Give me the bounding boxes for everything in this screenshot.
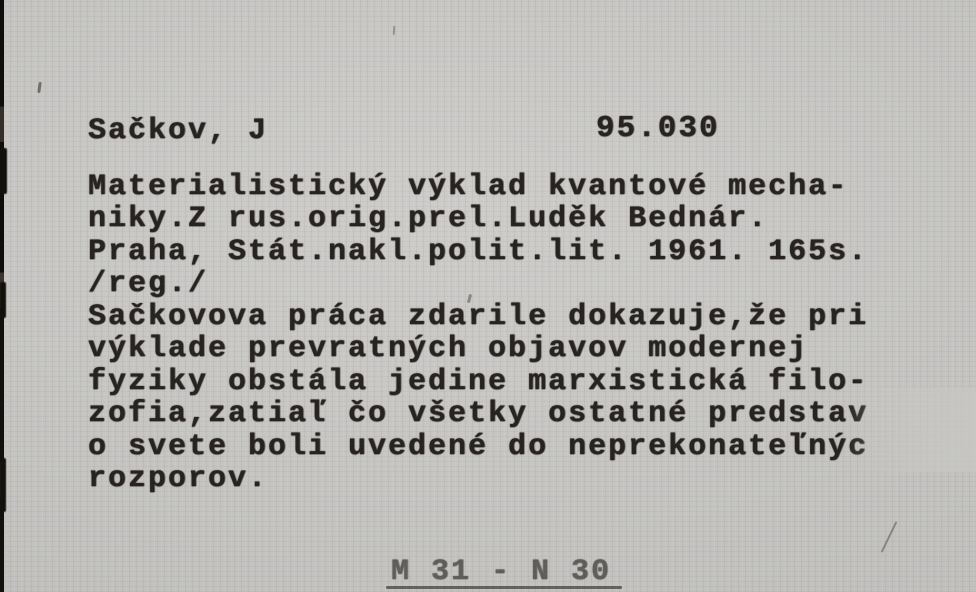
call-number: 95.030 [596,111,720,146]
body-line: výklade prevratných objavov modernej [88,333,968,365]
body-line: Praha, Stát.nakl.polit.lit. 1961. 165s. [88,236,968,268]
body-line: o svete boli uvedené do neprekonateľnýc [88,431,968,463]
body-line: Sačkovova práca zdarile dokazuje,že pri [88,301,968,333]
shelf-mark: M 31 - N 30 [391,555,611,589]
scan-edge-top [0,0,976,6]
scan-edge-blotch [0,458,6,512]
catalog-card-scan: Sačkov, J 95.030 Materialistický výklad … [0,0,976,592]
body-line: fyziky obstála jedine marxistická filo- [88,366,968,398]
body-line: niky.Z rus.orig.prel.Luděk Bednár. [88,203,968,235]
scan-edge-blotch [0,148,7,194]
body-line: rozporov. [88,463,968,495]
card-body-text: Materialistický výklad kvantové mecha- n… [88,171,968,495]
shelf-mark-underline [386,586,622,589]
author-heading: Sačkov, J [88,114,268,148]
ink-speck [393,26,396,35]
scan-edge-blotch [0,282,6,318]
body-line: /reg./ [88,268,968,300]
body-line: Materialistický výklad kvantové mecha- [88,171,968,203]
ink-speck [37,82,42,93]
scan-fade-right-edge [845,388,976,472]
ink-speck [881,521,898,552]
body-line: zofia,zatiaľ čo všetky ostatné predstav [88,398,968,430]
